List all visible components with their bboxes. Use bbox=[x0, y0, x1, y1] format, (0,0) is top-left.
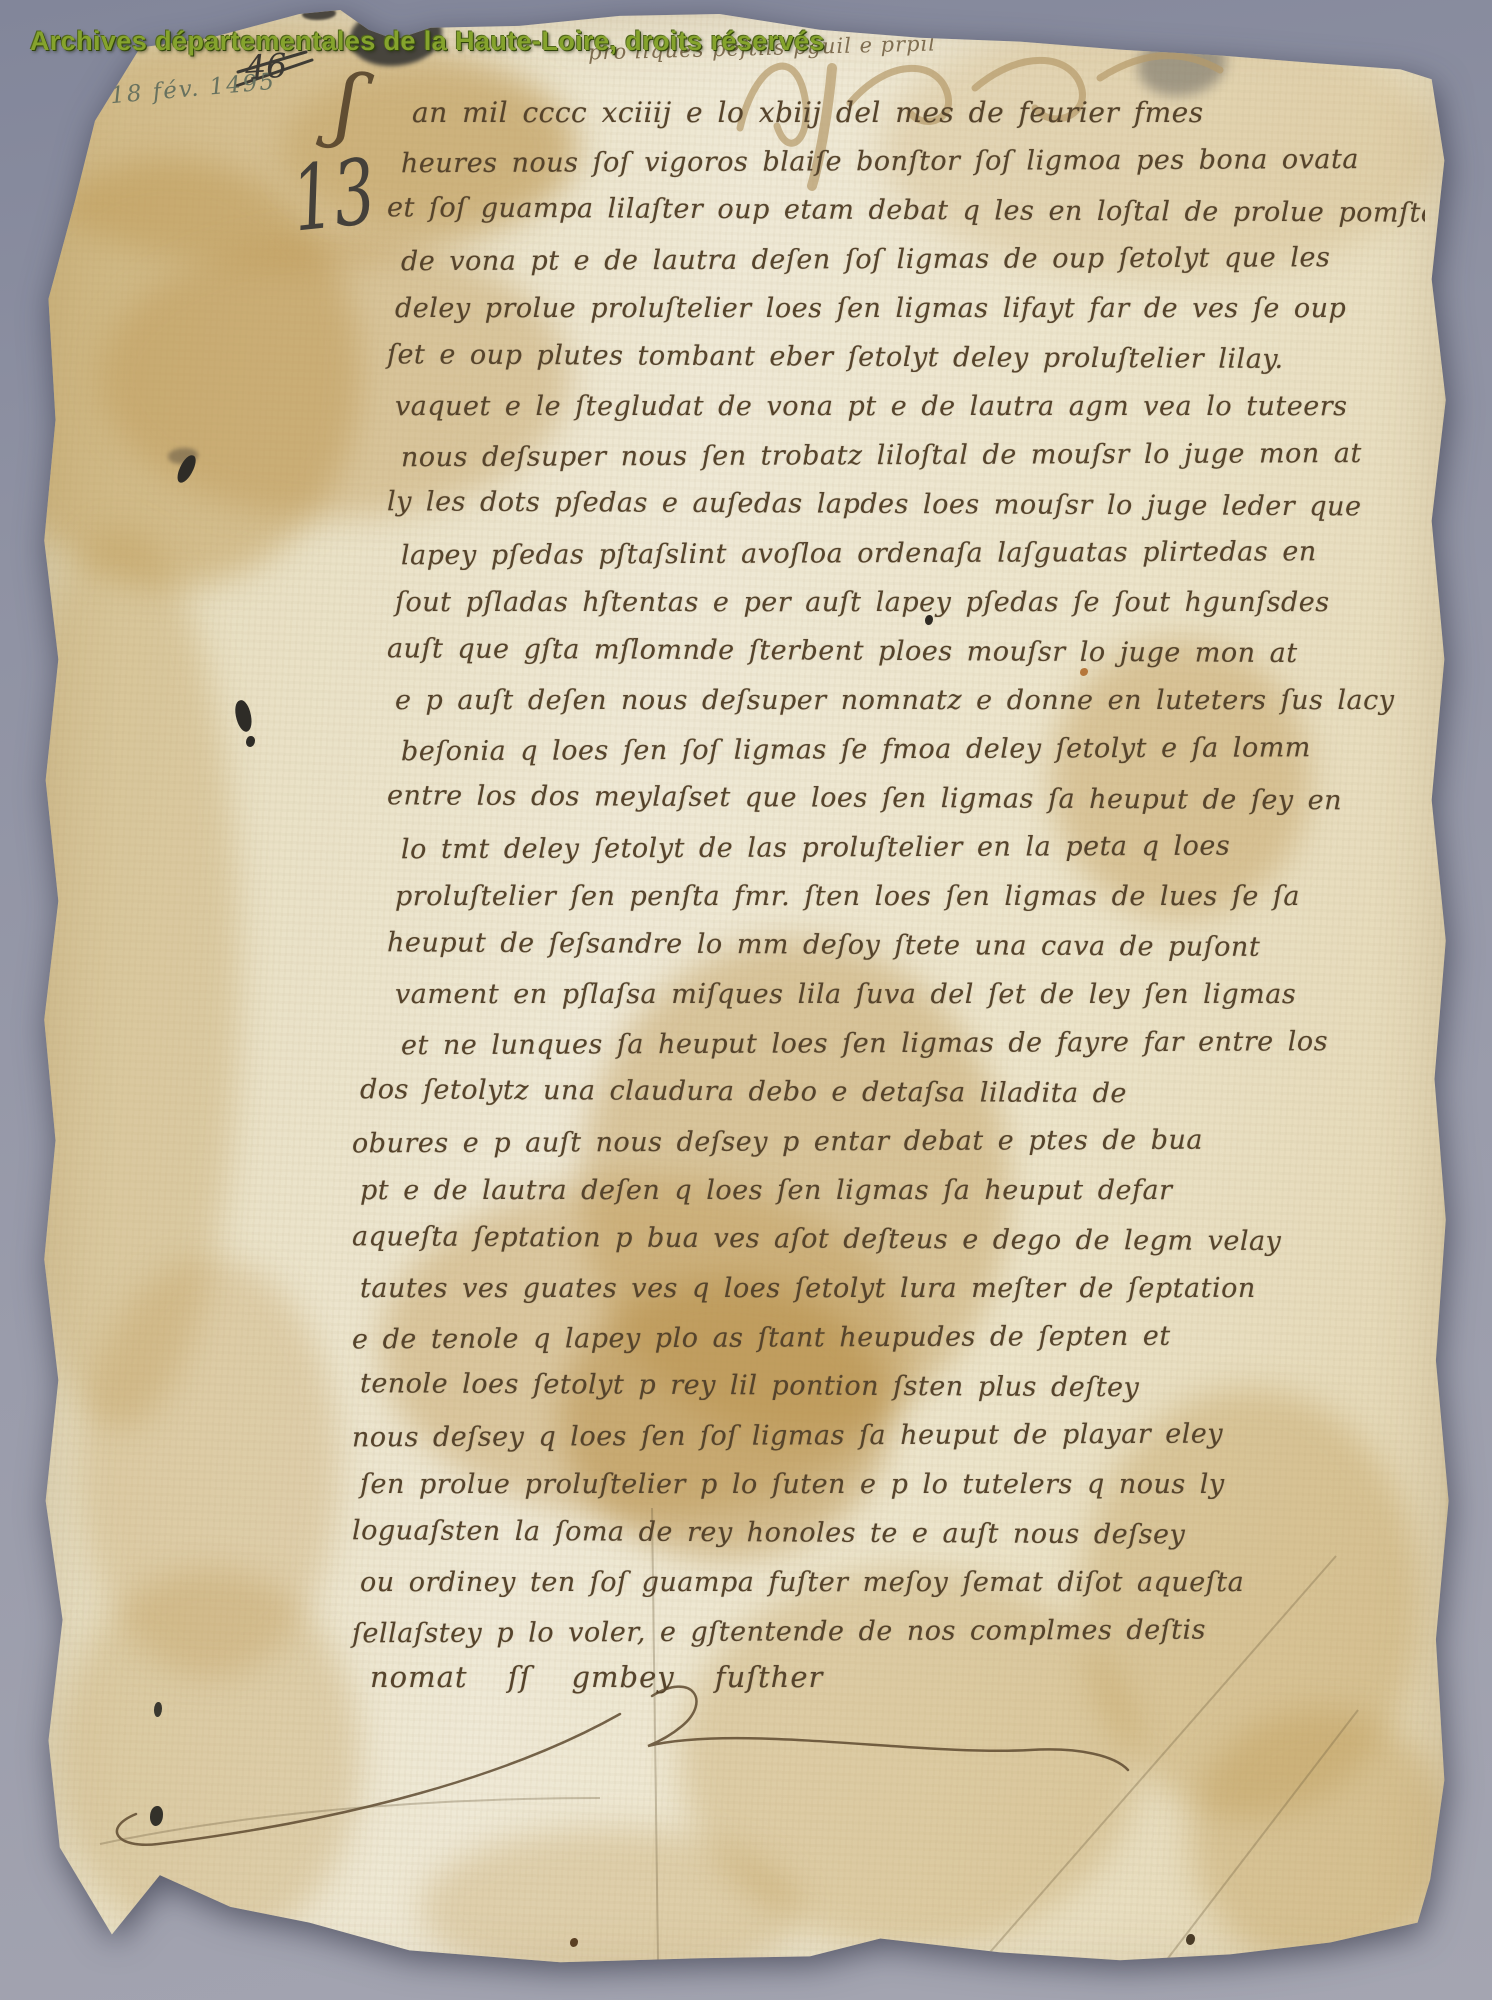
handwriting-line: heures nous ſoſ vigoros blaiſe bonſtor ſ… bbox=[401, 135, 1425, 188]
paper-stain bbox=[80, 1258, 340, 1678]
handwriting-line: ou ordiney ten ſoſ guampa fuſter meſoy ſ… bbox=[360, 1558, 1425, 1607]
handwriting-line: et ne lunques ſa heuput loes ſen ligmas … bbox=[401, 1017, 1425, 1070]
handwriting-line: entre los dos meylaſset que loes ſen lig… bbox=[387, 771, 1425, 825]
signature-line: nomat ſſ gmbey fuſther bbox=[370, 1660, 823, 1694]
handwriting-line: beſonia q loes ſen ſoſ ligmas ſe fmoa de… bbox=[401, 723, 1425, 776]
paper-stain bbox=[1190, 1708, 1450, 1968]
handwriting-line: vaquet e le ſtegludat de vona pt e de la… bbox=[395, 382, 1425, 431]
manuscript-text-block: an mil cccc xciiij e lo xbiij del mes de… bbox=[340, 88, 1425, 1656]
archive-watermark-text: Archives départementales de la Haute-Loi… bbox=[30, 26, 825, 57]
handwriting-line: nous deſsey q loes ſen ſoſ ligmas ſa heu… bbox=[352, 1409, 1425, 1463]
handwriting-line: tautes ves guates ves q loes ſetolyt lur… bbox=[360, 1264, 1425, 1313]
handwriting-line: obures e p auſt nous deſsey p entar deba… bbox=[352, 1115, 1425, 1169]
handwriting-line: dos ſetolytz una claudura debo e detaſsa… bbox=[360, 1065, 1425, 1120]
paper-stain bbox=[420, 1828, 800, 1988]
ink-dot bbox=[1186, 1934, 1195, 1945]
handwriting-line: an mil cccc xciiij e lo xbiij del mes de… bbox=[412, 88, 1425, 137]
handwriting-line: pt e de lautra deſen q loes ſen ligmas ſ… bbox=[360, 1166, 1425, 1215]
handwriting-line: de vona pt e de lautra deſen ſoſ ligmas … bbox=[401, 233, 1425, 286]
handwriting-line: aqueſta ſeptation p bua ves aſot deſteus… bbox=[352, 1212, 1425, 1267]
handwriting-line: et ſoſ guampa lilaſter oup etam debat q … bbox=[387, 183, 1425, 237]
handwriting-line: proluſtelier ſen penſta fmr. ſten loes ſ… bbox=[395, 872, 1425, 921]
handwriting-line: ſellaſstey p lo voler, e gſtentende de n… bbox=[352, 1605, 1425, 1656]
handwriting-line: heuput de ſeſsandre lo mm deſoy ſtete un… bbox=[387, 918, 1425, 972]
handwriting-line: vament en pſlaſsa miſques lila ſuva del … bbox=[395, 970, 1425, 1019]
manuscript-paper: 18 fév. 1495 46 13 pro liques peſtils pg… bbox=[40, 8, 1450, 1988]
worm-hole bbox=[246, 736, 255, 747]
handwriting-line: loguaſsten la ſoma de rey honoles te e a… bbox=[352, 1506, 1425, 1561]
handwriting-line: lo tmt deley ſetolyt de las proluſtelier… bbox=[401, 821, 1425, 874]
handwriting-line: lapey pſedas pſtaſslint avoſloa ordenaſa… bbox=[401, 527, 1425, 580]
manuscript-paper-wrap: 18 fév. 1495 46 13 pro liques peſtils pg… bbox=[40, 8, 1450, 1988]
worm-hole bbox=[232, 699, 255, 734]
handwriting-line: deley prolue proluſtelier loes ſen ligma… bbox=[395, 284, 1425, 333]
page-background: 18 fév. 1495 46 13 pro liques peſtils pg… bbox=[0, 0, 1492, 2000]
handwriting-line: ſet e oup plutes tombant eber ſetolyt de… bbox=[387, 330, 1425, 384]
handwriting-line: tenole loes ſetolyt p rey lil pontion ſs… bbox=[360, 1359, 1425, 1414]
handwriting-line: ſout pſladas hſtentas e per auſt lapey p… bbox=[395, 578, 1425, 627]
handwriting-line: e de tenole q lapey plo as ſtant heupude… bbox=[352, 1311, 1425, 1365]
handwriting-line: auſt que gſta mſlomnde ſterbent ploes mo… bbox=[387, 624, 1425, 678]
ink-scribble bbox=[302, 8, 336, 20]
handwriting-line: e p auſt deſen nous deſsuper nomnatz e d… bbox=[395, 676, 1425, 725]
handwriting-line: nous deſsuper nous ſen trobatz liloſtal … bbox=[401, 429, 1425, 482]
handwriting-line: ly les dots pſedas e auſedas lapdes loes… bbox=[387, 477, 1425, 531]
handwriting-line: ſen prolue proluſtelier p lo ſuten e p l… bbox=[360, 1460, 1425, 1509]
